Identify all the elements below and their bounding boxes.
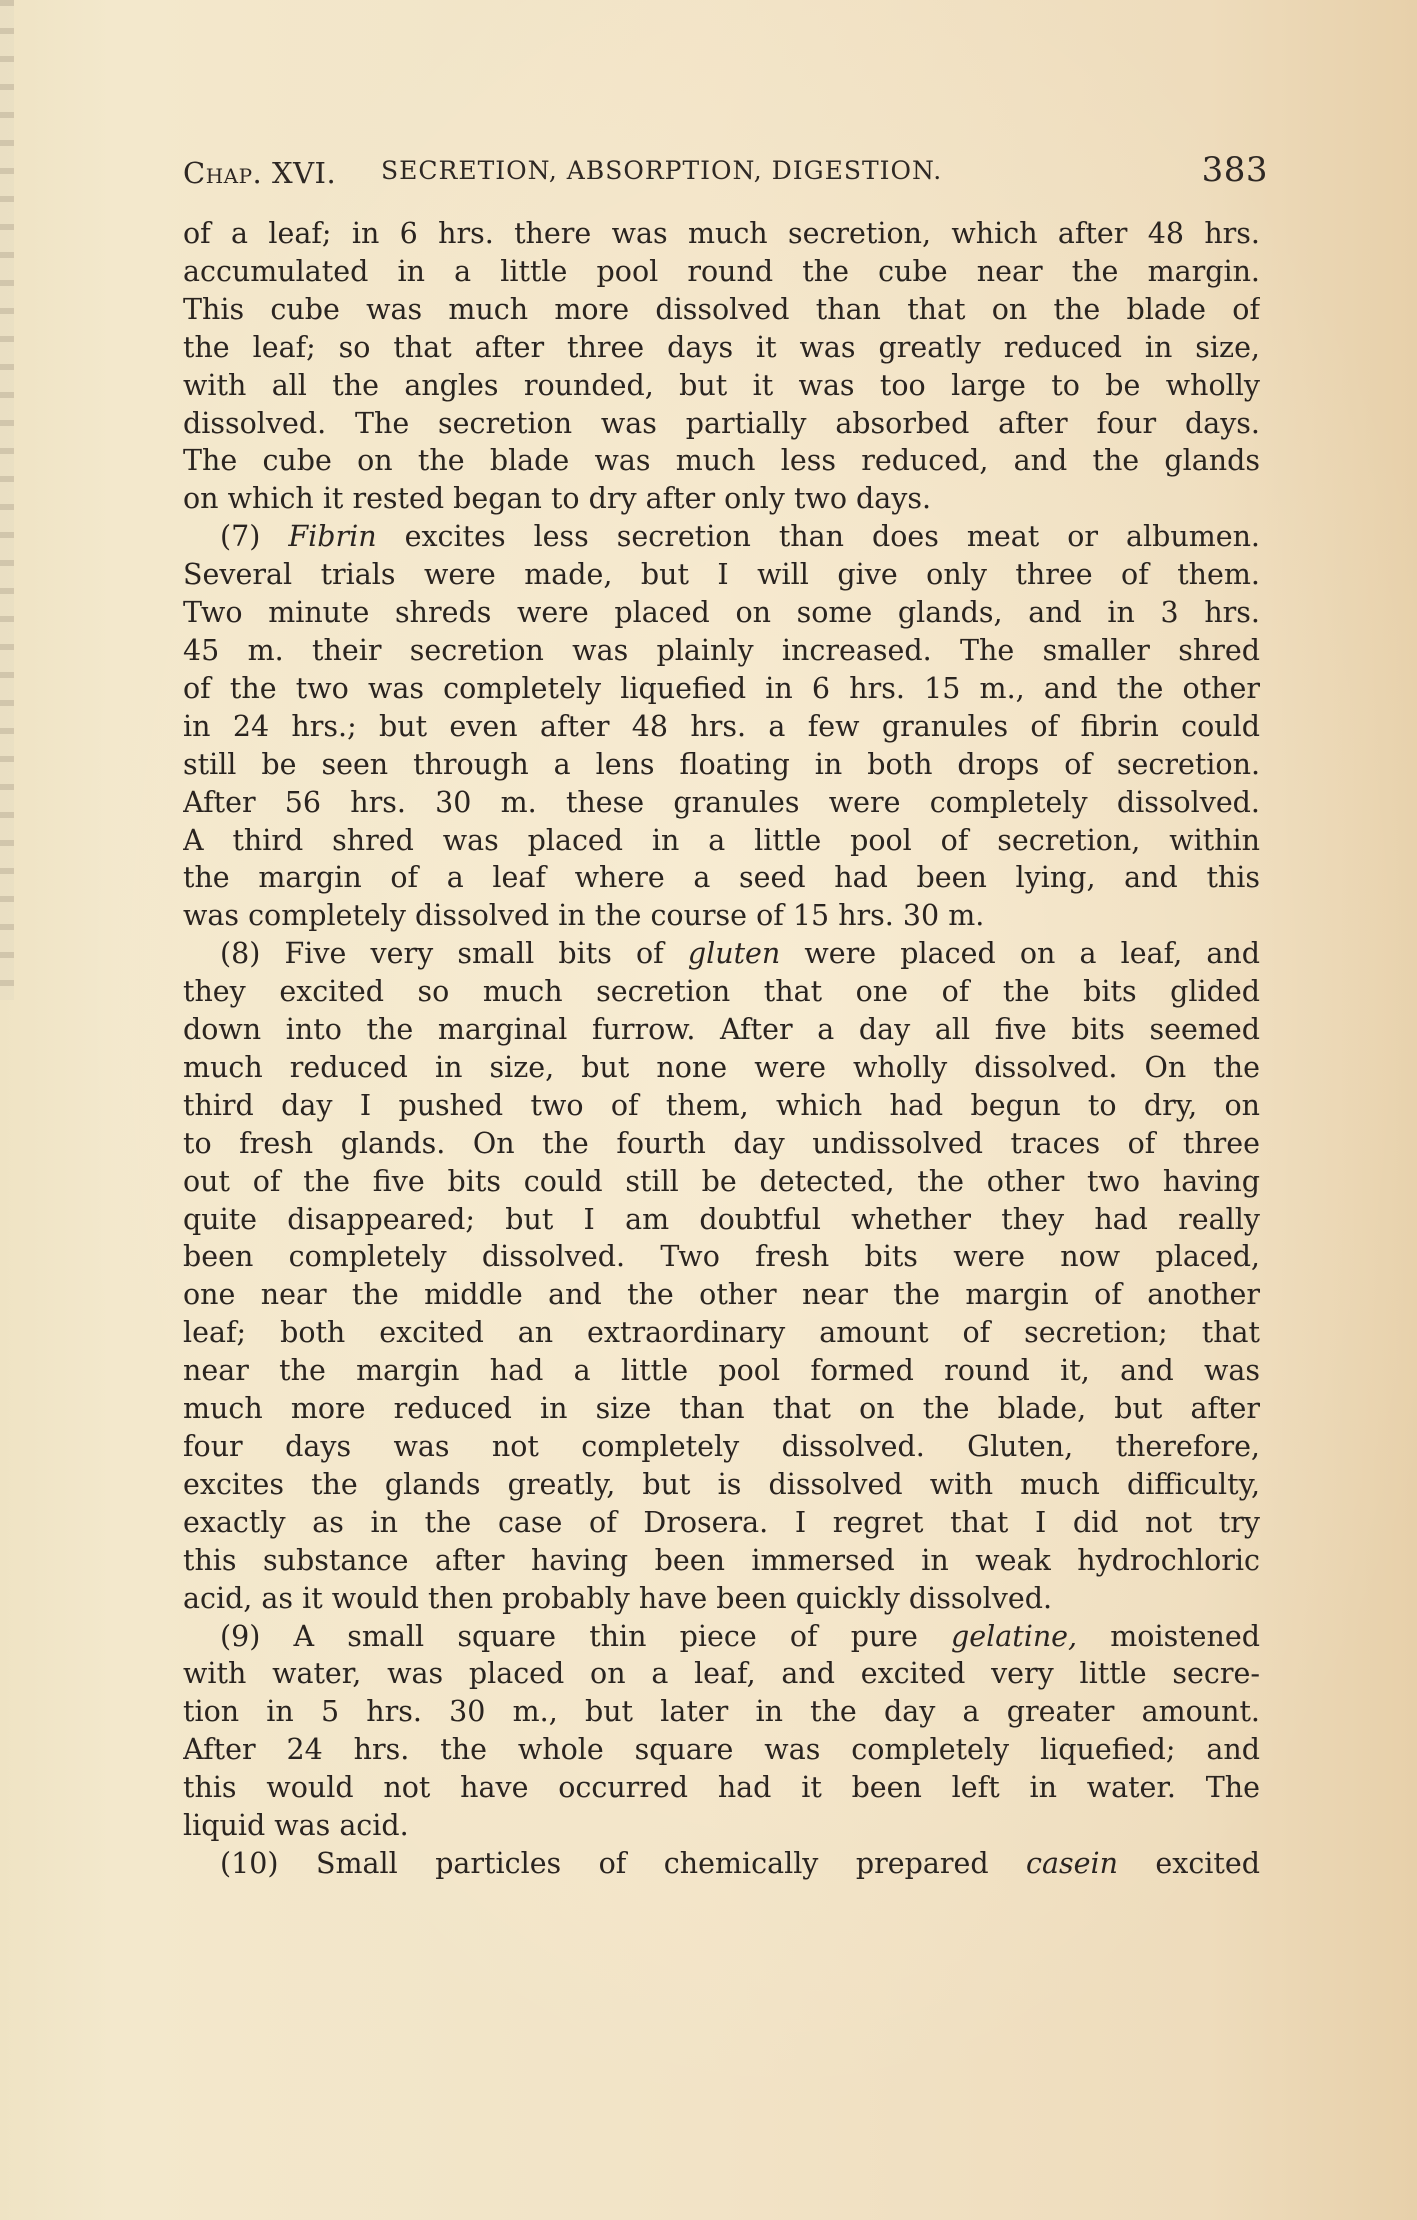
text-line: tion in 5 hrs. 30 m., but later in the d… <box>183 1693 1260 1731</box>
chapter-label: Chap. XVI. <box>183 156 336 190</box>
text-line: This cube was much more dissolved than t… <box>183 291 1260 329</box>
paragraph-item-10-casein: (10) Small particles of chemically prepa… <box>183 1845 1260 1883</box>
text-line: much more reduced in size than that on t… <box>183 1390 1260 1428</box>
text-line: Two minute shreds were placed on some gl… <box>183 594 1260 632</box>
text-line: on which it rested began to dry after on… <box>183 480 1260 518</box>
text-line: near the margin had a little pool formed… <box>183 1352 1260 1390</box>
text-line: this substance after having been immerse… <box>183 1542 1260 1580</box>
text-line: this would not have occurred had it been… <box>183 1769 1260 1807</box>
text-line: to fresh glands. On the fourth day undis… <box>183 1125 1260 1163</box>
text-line: in 24 hrs.; but even after 48 hrs. a few… <box>183 708 1260 746</box>
text-line: was completely dissolved in the course o… <box>183 897 1260 935</box>
text-line: out of the five bits could still be dete… <box>183 1163 1260 1201</box>
item-number: (8) <box>220 937 260 970</box>
text-line: they excited so much secretion that one … <box>183 973 1260 1011</box>
substance-name: Fibrin <box>288 520 376 553</box>
paragraph-item-7-fibrin: (7) Fibrin excites less secretion than d… <box>183 518 1260 935</box>
text-fragment: Small particles of chemically prepared <box>316 1847 989 1880</box>
substance-name: gelatine, <box>951 1620 1077 1653</box>
text-line: Several trials were made, but I will giv… <box>183 556 1260 594</box>
running-title: SECRETION, ABSORPTION, DIGESTION. <box>381 156 942 185</box>
text-line: leaf; both excited an extraordinary amou… <box>183 1314 1260 1352</box>
text-line-first: (9) A small square thin piece of pure ge… <box>183 1618 1260 1656</box>
page-body: of a leaf; in 6 hrs. there was much secr… <box>183 215 1260 1883</box>
text-fragment: A small square thin piece of pure <box>294 1620 918 1653</box>
text-fragment: excited <box>1155 1847 1260 1880</box>
substance-name: gluten <box>688 937 780 970</box>
paragraph-item-9-gelatine: (9) A small square thin piece of pure ge… <box>183 1618 1260 1845</box>
substance-name: casein <box>1026 1847 1118 1880</box>
text-line: After 56 hrs. 30 m. these granules were … <box>183 784 1260 822</box>
text-line: acid, as it would then probably have bee… <box>183 1580 1260 1618</box>
page-number: 383 <box>1202 150 1268 190</box>
text-line: 45 m. their secretion was plainly increa… <box>183 632 1260 670</box>
text-fragment: excites less secretion than does meat or… <box>405 520 1260 553</box>
item-number: (7) <box>220 520 260 553</box>
paragraph-continuation: of a leaf; in 6 hrs. there was much secr… <box>183 215 1260 518</box>
text-line: excites the glands greatly, but is disso… <box>183 1466 1260 1504</box>
text-line: four days was not completely dissolved. … <box>183 1428 1260 1466</box>
text-line: liquid was acid. <box>183 1807 1260 1845</box>
text-line: After 24 hrs. the whole square was compl… <box>183 1731 1260 1769</box>
text-line: the leaf; so that after three days it wa… <box>183 329 1260 367</box>
item-number: (10) <box>220 1847 279 1880</box>
text-fragment: Five very small bits of <box>285 937 664 970</box>
text-line: exactly as in the case of Drosera. I reg… <box>183 1504 1260 1542</box>
text-line: with all the angles rounded, but it was … <box>183 367 1260 405</box>
text-line-first: (10) Small particles of chemically prepa… <box>183 1845 1260 1883</box>
text-line: one near the middle and the other near t… <box>183 1276 1260 1314</box>
text-line: third day I pushed two of them, which ha… <box>183 1087 1260 1125</box>
text-line-first: (7) Fibrin excites less secretion than d… <box>183 518 1260 556</box>
book-binding-edge <box>0 0 14 1000</box>
text-line: the margin of a leaf where a seed had be… <box>183 859 1260 897</box>
text-line: The cube on the blade was much less redu… <box>183 442 1260 480</box>
running-head: Chap. XVI. SECRETION, ABSORPTION, DIGEST… <box>183 150 1260 194</box>
text-line: dissolved. The secretion was partially a… <box>183 405 1260 443</box>
text-line: much reduced in size, but none were whol… <box>183 1049 1260 1087</box>
paragraph-item-8-gluten: (8) Five very small bits of gluten were … <box>183 935 1260 1617</box>
text-line: of the two was completely liquefied in 6… <box>183 670 1260 708</box>
text-line: been completely dissolved. Two fresh bit… <box>183 1238 1260 1276</box>
text-line: down into the marginal furrow. After a d… <box>183 1011 1260 1049</box>
text-line-first: (8) Five very small bits of gluten were … <box>183 935 1260 973</box>
text-fragment: moistened <box>1110 1620 1260 1653</box>
text-fragment: were placed on a leaf, and <box>804 937 1260 970</box>
text-line: with water, was placed on a leaf, and ex… <box>183 1655 1260 1693</box>
text-line: of a leaf; in 6 hrs. there was much secr… <box>183 215 1260 253</box>
text-line: accumulated in a little pool round the c… <box>183 253 1260 291</box>
text-line: quite disappeared; but I am doubtful whe… <box>183 1201 1260 1239</box>
text-line: still be seen through a lens floating in… <box>183 746 1260 784</box>
item-number: (9) <box>220 1620 260 1653</box>
text-line: A third shred was placed in a little poo… <box>183 822 1260 860</box>
